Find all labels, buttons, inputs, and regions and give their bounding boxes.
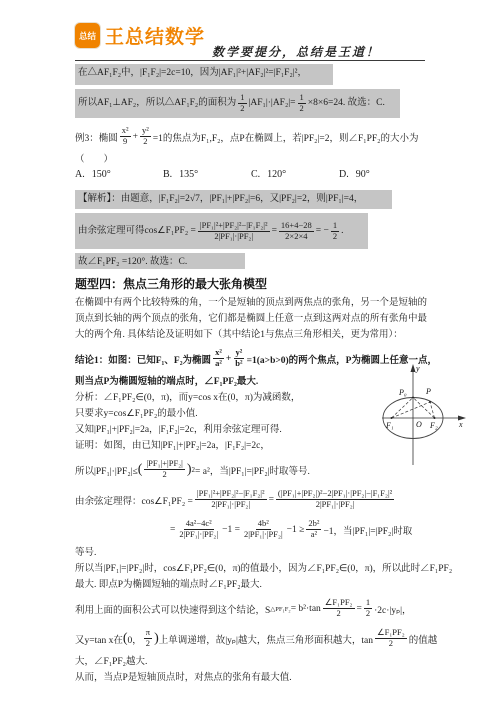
answer-options: A.150° B.135° C.120° D.90° xyxy=(75,169,427,184)
focus1-point xyxy=(391,417,393,419)
fraction: x²a² xyxy=(213,348,224,369)
text-run: = a²，当|PF₁|=|PF₂|时取等号. xyxy=(195,463,310,477)
fraction: 2b²a² xyxy=(306,519,321,540)
fraction-denominator: 2|PF₁|·|PF₂| xyxy=(212,232,255,242)
text-run: 的值越 xyxy=(409,632,438,646)
p-point xyxy=(429,401,431,403)
text-run: |AF₁|·|AF₂|= xyxy=(249,96,296,111)
fraction: x²9 xyxy=(120,126,131,147)
fraction: 12 xyxy=(238,93,246,114)
fraction-denominator: 2 xyxy=(387,639,395,649)
segment-f1-p0 xyxy=(392,398,414,419)
ellipse-focal-triangle-diagram: y x P₀ P F₁ O F₂ xyxy=(380,361,495,473)
proof-cosine-line1: 由余弦定理得：cos∠F₁PF₂ = |PF₁|²+|PF₂|²−|F₁F₂|²… xyxy=(75,485,427,514)
fraction: 4a²−4c²2|PF₁|·|PF₂| xyxy=(177,519,220,540)
focus2-point xyxy=(434,417,436,419)
text-run: 结论1：如图：已知F₁、F₂为椭圆 xyxy=(75,352,211,366)
option-b: B.135° xyxy=(163,169,251,184)
option-label: A. xyxy=(75,169,85,180)
fraction-numerator: |PF₁|²+|PF₂|²−|F₁F₂|² xyxy=(198,221,270,232)
text-run: + xyxy=(133,132,138,142)
segment-f2-p xyxy=(430,402,435,418)
fraction-denominator: 9 xyxy=(121,137,129,147)
origin-label: O xyxy=(416,420,422,429)
option-value: 120° xyxy=(267,169,286,180)
logo-text: 王总结数学 xyxy=(105,22,205,49)
f1-label: F₁ xyxy=(385,421,394,430)
text-run: 利用上面的面积公式可以快速得到这个结论，S xyxy=(75,602,270,616)
analysis2-line3: 又知|PF₁|+|PF₂|=2a，|F₁F₂|=2c，利用余弦定理可得. xyxy=(75,422,427,438)
fraction-denominator: 2 xyxy=(161,470,169,480)
option-c: C.120° xyxy=(251,169,339,184)
fraction-denominator: 2 xyxy=(238,104,246,114)
text-run: −1，当|PF₁|=|PF₂|时取 xyxy=(323,523,412,537)
analysis2-line4: 证明：如图，由已知|PF₁|+|PF₂|=2a，|F₁F₂|=2c， xyxy=(75,438,427,454)
fraction: (|PF₁|+|PF₂|)²−2|PF₁|·|PF₂|−|F₁F₂|²2|PF₁… xyxy=(276,489,394,510)
fraction-denominator: a² xyxy=(213,359,224,369)
proof-line-zuida: 最大. 即点P为椭圆短轴的端点时∠F₁PF₂最大. xyxy=(75,577,427,593)
fraction: y²2 xyxy=(140,126,151,147)
brand-logo: 总结 王总结数学 xyxy=(74,22,205,49)
fraction-denominator: 2|PF₁|·|PF₂| xyxy=(209,500,252,510)
section-intro-paragraph: 在椭圆中有两个比较特殊的角，一个是短轴的顶点到两焦点的张角，另一个是短轴的顶点到… xyxy=(75,295,427,343)
fraction-denominator: a² xyxy=(309,530,319,540)
text-run: 又y=tan x在 xyxy=(75,632,123,646)
fraction-numerator: 16+4−28 xyxy=(279,221,314,232)
fraction-denominator: 2 xyxy=(298,104,306,114)
text-run: −1 = xyxy=(222,525,240,535)
analysis-highlight-answer: 故∠F₁PF₂ =120°. 故选：C. xyxy=(75,253,245,269)
fraction-denominator: 2 xyxy=(364,609,372,619)
document-page: 总结 王总结数学 数学要提分，总结是王道！ 在△AF₁F₂中，|F₁F₂|=2c… xyxy=(0,0,500,707)
text-run: ×8×6=24. 故选：C. xyxy=(308,96,385,111)
header-slogan: 数学要提分，总结是王道！ xyxy=(212,43,380,60)
text-run: 所以|PF₁|·|PF₂|≤ xyxy=(75,463,138,477)
fraction: 4b²2|PF₁|·|PF₂| xyxy=(242,519,285,540)
option-label: B. xyxy=(163,169,172,180)
option-value: 90° xyxy=(356,169,370,180)
text-run: 由余弦定理可得cos∠F₁PF₂ = xyxy=(78,224,196,239)
section-heading: 题型四：焦点三角形的最大张角模型 xyxy=(75,275,427,292)
analysis-highlight-line1: 【解析】：由题意，|F₁F₂|=2√7，|PF₁|+|PF₂|=6，又|PF₂|… xyxy=(75,190,392,209)
final-conclusion-line: 从而，当点P是短轴顶点时，对焦点的张角有最大值. xyxy=(75,670,427,686)
fraction: ∠F₁PF₂2 xyxy=(375,628,407,649)
analysis-highlight-cosine: 由余弦定理可得cos∠F₁PF₂ = |PF₁|²+|PF₂|²−|F₁F₂|²… xyxy=(75,213,368,249)
proof-line-denghao: 等号. xyxy=(75,545,427,561)
option-label: D. xyxy=(339,169,349,180)
text-run: 0， xyxy=(128,632,142,646)
analysis2-line2: 只要求y=cos∠F₁PF₂的最小值. xyxy=(75,406,427,422)
y-axis-arrow-icon xyxy=(411,364,416,372)
fraction-denominator: 2|PF₁|·|PF₂| xyxy=(242,530,285,540)
fraction: 16+4−282×2×4 xyxy=(279,221,314,242)
y-axis-label: y xyxy=(415,364,420,373)
fraction: 12 xyxy=(331,221,339,242)
fraction-denominator: 2 xyxy=(141,137,149,147)
conclusion1-line1: 结论1：如图：已知F₁、F₂为椭圆 x²a² + y²b² =1(a>b>0)的… xyxy=(75,344,427,373)
text-run: = xyxy=(272,224,277,239)
text-run: = b²·tan xyxy=(291,604,321,614)
fraction-denominator: 2|PF₁|·|PF₂| xyxy=(177,530,220,540)
fraction-numerator: 1 xyxy=(331,221,339,232)
text-run: = xyxy=(269,495,274,505)
option-a: A.150° xyxy=(75,169,163,184)
fraction-denominator: 2×2×4 xyxy=(283,232,309,242)
f2-label: F₂ xyxy=(429,421,438,430)
text-run: 上单调递增，故|yₚ|越大，焦点三角形面积越大，tan xyxy=(159,632,373,646)
proof-cosine-line2: = 4a²−4c²2|PF₁|·|PF₂| −1 = 4b²2|PF₁|·|PF… xyxy=(170,515,427,544)
text-run: −1 ≥ xyxy=(287,525,305,535)
fraction-denominator: 2 xyxy=(144,639,152,649)
option-value: 150° xyxy=(92,169,111,180)
example3-stem: 例3：椭圆 x²9 + y²2 =1的焦点为F₁,F₂，点P在椭圆上，若|PF₂… xyxy=(75,122,427,151)
text-run: 由余弦定理得：cos∠F₁PF₂ = xyxy=(75,493,193,507)
text-run: ·2c·|yₚ|， xyxy=(374,602,411,616)
document-body: 在△AF₁F₂中，|F₁F₂|=2c=10，因为|AF₁|²+|AF₂|²=|F… xyxy=(75,64,427,686)
solution-highlight-line1: 在△AF₁F₂中，|F₁F₂|=2c=10，因为|AF₁|²+|AF₂|²=|F… xyxy=(75,64,333,85)
proof-line-suoyi: 所以当|PF₁|=|PF₂|时，cos∠F₁PF₂∈(0，π)的值最小，因为∠F… xyxy=(75,561,427,577)
p-label: P xyxy=(425,387,431,396)
fraction: 12 xyxy=(298,93,306,114)
analysis2-line1: 分析：∠F₁PF₂∈(0，π)，而y=cos x在(0，π)为减函数， xyxy=(75,390,427,406)
fraction: π2 xyxy=(144,628,152,649)
monotonicity-line: 又y=tan x在 ( 0， π2 ) 上单调递增，故|yₚ|越大，焦点三角形面… xyxy=(75,624,427,653)
text-run: 例3：椭圆 xyxy=(75,130,118,144)
text-run: = − xyxy=(316,224,329,239)
fraction-denominator: 2 xyxy=(331,232,339,242)
fraction: ∠F₁PF₂2 xyxy=(323,598,355,619)
fraction: |PF₁|²+|PF₂|²−|F₁F₂|²2|PF₁|·|PF₂| xyxy=(195,489,267,510)
x-axis-label: x xyxy=(458,420,463,429)
text-run: 所以AF₁⊥AF₂，所以△AF₁F₂的面积为 xyxy=(78,96,236,111)
fraction-denominator: b² xyxy=(233,359,244,369)
solution-highlight-line2: 所以AF₁⊥AF₂，所以△AF₁F₂的面积为 12 |AF₁|·|AF₂|= 1… xyxy=(75,89,400,118)
option-d: D.90° xyxy=(339,169,427,184)
logo-badge-icon: 总结 xyxy=(74,22,101,49)
fraction-denominator: 2 xyxy=(335,609,343,619)
option-value: 135° xyxy=(179,169,198,180)
header-divider xyxy=(75,60,425,61)
left-paren: ( xyxy=(138,463,143,477)
monotonicity-line2: 大，∠F₁PF₂越大. xyxy=(75,654,427,670)
proof-amgm-line: 所以|PF₁|·|PF₂|≤ ( |PF₁|+|PF₂|2 )2 = a²，当|… xyxy=(75,455,427,484)
text-run: + xyxy=(226,354,231,364)
text-run: =1的焦点为F₁,F₂，点P在椭圆上，若|PF₂|=2，则∠F₁PF₂的大小为 xyxy=(153,130,419,144)
text-run: . xyxy=(341,224,343,239)
p0-point xyxy=(412,397,414,399)
fraction-denominator: 2|PF₁|·|PF₂| xyxy=(314,500,357,510)
fraction: |PF₁|+|PF₂|2 xyxy=(144,459,184,480)
text-run: = xyxy=(357,604,362,614)
text-run: = xyxy=(170,525,175,535)
subscript: △PF₁F₂ xyxy=(270,605,290,613)
fraction: 12 xyxy=(364,598,372,619)
option-label: C. xyxy=(251,169,260,180)
p0-label: P₀ xyxy=(398,388,407,397)
segment-f1-p xyxy=(392,402,431,418)
fraction: y²b² xyxy=(233,348,244,369)
fraction: |PF₁|²+|PF₂|²−|F₁F₂|²2|PF₁|·|PF₂| xyxy=(198,221,270,242)
area-formula-line: 利用上面的面积公式可以快速得到这个结论，S△PF₁F₂ = b²·tan ∠F₁… xyxy=(75,594,427,623)
conclusion1-line2: 则当点P为椭圆短轴的端点时，∠F₁PF₂最大. xyxy=(75,374,427,390)
answer-bracket: （ ） xyxy=(75,153,427,167)
